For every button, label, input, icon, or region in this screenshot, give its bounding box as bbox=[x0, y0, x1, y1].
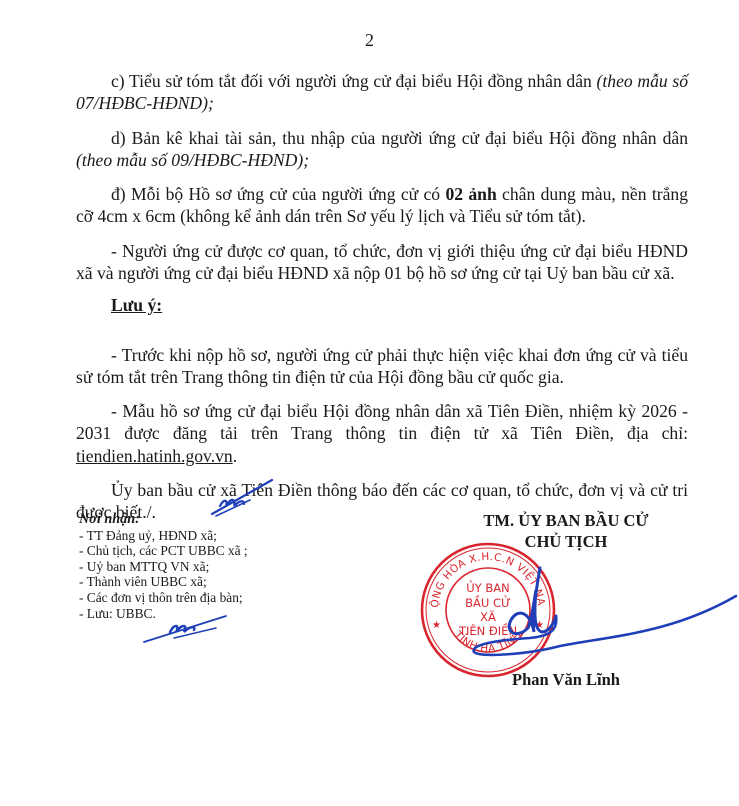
note-title: Lưu ý: bbox=[111, 295, 162, 316]
note-item-2-suffix: . bbox=[233, 446, 237, 466]
recipients-block: Nơi nhận: - TT Đảng uỷ, HĐND xã; - Chủ t… bbox=[79, 512, 248, 621]
recipient-item: - Thành viên UBBC xã; bbox=[79, 574, 248, 590]
svg-text:ỦY BAN: ỦY BAN bbox=[466, 579, 509, 595]
svg-text:TIÊN ĐIỀN: TIÊN ĐIỀN bbox=[458, 622, 517, 638]
svg-text:XÃ: XÃ bbox=[480, 609, 496, 624]
paragraph-d-text: d) Bản kê khai tài sản, thu nhập của ngư… bbox=[111, 128, 688, 148]
official-seal-icon: CỘNG HÒA X.H.C.N VIỆT NAM TỈNH HÀ TĨNH ★… bbox=[418, 540, 558, 680]
signer-name: Phan Văn Lĩnh bbox=[430, 670, 702, 690]
paragraph-d: d) Bản kê khai tài sản, thu nhập của ngư… bbox=[76, 127, 688, 172]
recipient-item: - Lưu: UBBC. bbox=[79, 606, 248, 622]
paragraph-c: c) Tiểu sử tóm tắt đối với người ứng cử … bbox=[76, 70, 688, 115]
paragraph-dd-text-before: đ) Mỗi bộ Hồ sơ ứng cử của người ứng cử … bbox=[111, 184, 445, 204]
svg-text:BẦU CỬ: BẦU CỬ bbox=[465, 594, 511, 610]
note-item-2: - Mẫu hồ sơ ứng cử đại biểu Hội đồng nhâ… bbox=[76, 400, 688, 467]
recipient-item: - TT Đảng uỷ, HĐND xã; bbox=[79, 528, 248, 544]
recipient-item: - Các đơn vị thôn trên địa bàn; bbox=[79, 590, 248, 606]
paragraph-dd-photo-count: 02 ảnh bbox=[445, 184, 496, 204]
recipient-item: - Uỷ ban MTTQ VN xã; bbox=[79, 559, 248, 575]
signature-on-behalf: TM. ỦY BAN BẦU CỬ bbox=[430, 511, 702, 531]
note-item-2-text: - Mẫu hồ sơ ứng cử đại biểu Hội đồng nhâ… bbox=[76, 401, 688, 443]
paragraph-dd: đ) Mỗi bộ Hồ sơ ứng cử của người ứng cử … bbox=[76, 183, 688, 228]
page-number: 2 bbox=[0, 30, 739, 51]
paragraph-c-text: c) Tiểu sử tóm tắt đối với người ứng cử … bbox=[111, 71, 597, 91]
paragraph-d-form-ref: (theo mẫu số 09/HĐBC-HĐND); bbox=[76, 150, 309, 170]
note-item-1: - Trước khi nộp hồ sơ, người ứng cử phải… bbox=[76, 344, 688, 389]
recipients-title: Nơi nhận: bbox=[79, 512, 248, 528]
svg-text:★: ★ bbox=[432, 620, 441, 631]
website-link[interactable]: tiendien.hatinh.gov.vn bbox=[76, 446, 233, 466]
paragraph-submission: - Người ứng cử được cơ quan, tổ chức, đơ… bbox=[76, 240, 688, 285]
svg-text:★: ★ bbox=[535, 620, 544, 631]
recipient-item: - Chủ tịch, các PCT UBBC xã ; bbox=[79, 543, 248, 559]
